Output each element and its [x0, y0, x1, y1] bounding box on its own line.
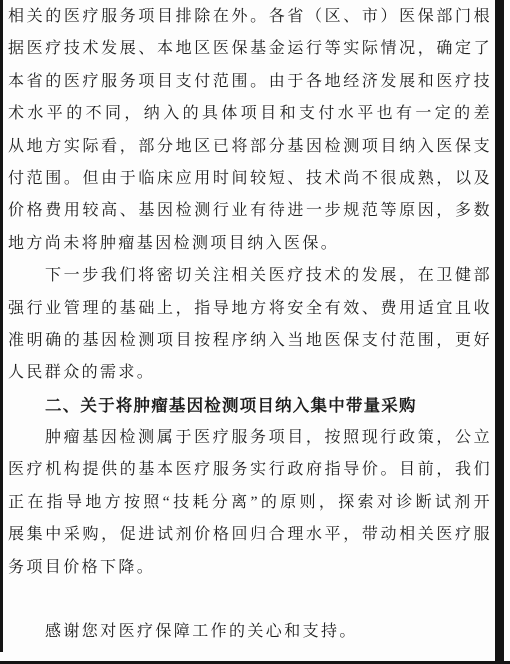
document-text: 相关的医疗服务项目排除在外。各省（区、市）医保部门根据医疗技术发展、本地区医保基…	[8, 1, 492, 649]
paragraph: 感谢您对医疗保障工作的关心和支持。	[8, 616, 492, 648]
scan-edge-right	[495, 0, 504, 664]
text-line: 相关的医疗服务项目排除在外。各省（区、市）医保部门根	[8, 1, 492, 33]
section-heading: 二、关于将肿瘤基因检测项目纳入集中带量采购	[8, 390, 492, 422]
text-line: 正在指导地方按照“技耗分离”的原则，探索对诊断试剂开	[8, 487, 492, 519]
text-line: 展集中采购，促进试剂价格回归合理水平，带动相关医疗服	[8, 519, 492, 551]
scan-edge-left	[0, 0, 3, 652]
text-line: 人民群众的需求。	[8, 357, 492, 389]
paragraph: 相关的医疗服务项目排除在外。各省（区、市）医保部门根据医疗技术发展、本地区医保基…	[8, 1, 492, 260]
text-line: 本省的医疗服务项目支付范围。由于各地经济发展和医疗技	[8, 66, 492, 98]
text-line: 下一步我们将密切关注相关医疗技术的发展，在卫健部门加	[8, 260, 492, 292]
text-line: 医疗机构提供的基本医疗服务实行政府指导价。目前，我们	[8, 454, 492, 486]
text-line: 强行业管理的基础上，指导地方将安全有效、费用适宜且收费标	[8, 293, 492, 325]
text-line: 从地方实际看，部分地区已将部分基因检测项目纳入医保支	[8, 131, 492, 163]
text-line: 准明确的基因检测项目按程序纳入当地医保支付范围，更好满足	[8, 325, 492, 357]
text-line: 术水平的不同，纳入的具体项目和支付水平也有一定的差异。	[8, 98, 492, 130]
document-page: 相关的医疗服务项目排除在外。各省（区、市）医保部门根据医疗技术发展、本地区医保基…	[0, 0, 510, 664]
text-line: 据医疗技术发展、本地区医保基金运行等实际情况，确定了	[8, 33, 492, 65]
text-line: 肿瘤基因检测属于医疗服务项目，按照现行政策，公立	[8, 422, 492, 454]
text-line: 地方尚未将肿瘤基因检测项目纳入医保。	[8, 228, 492, 260]
paragraph: 下一步我们将密切关注相关医疗技术的发展，在卫健部门加强行业管理的基础上，指导地方…	[8, 260, 492, 390]
text-line: 务项目价格下降。	[8, 552, 492, 584]
paragraph: 肿瘤基因检测属于医疗服务项目，按照现行政策，公立医疗机构提供的基本医疗服务实行政…	[8, 422, 492, 584]
text-line: 感谢您对医疗保障工作的关心和支持。	[8, 616, 492, 648]
heading-line: 二、关于将肿瘤基因检测项目纳入集中带量采购	[8, 390, 492, 422]
text-line: 付范围。但由于临床应用时间较短、技术尚不很成熟，以及	[8, 163, 492, 195]
text-line: 价格费用较高、基因检测行业有待进一步规范等原因，多数	[8, 195, 492, 227]
